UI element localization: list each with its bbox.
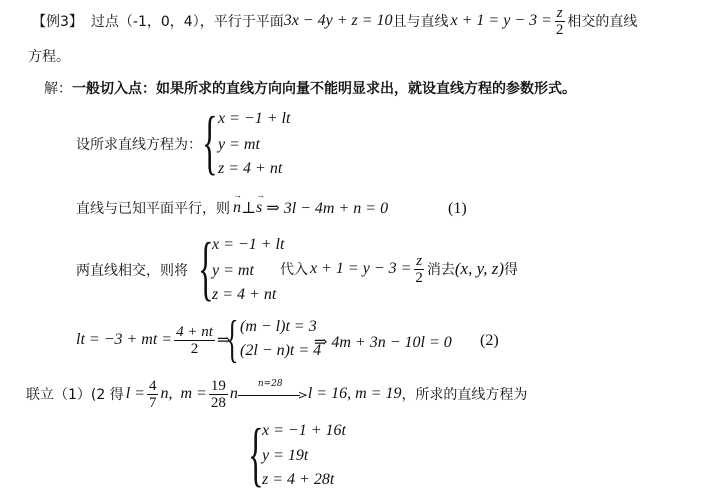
step5-line: 联立（1）(2 得 l = 4 7 n, m = 19 28 n > n=28 … (26, 374, 527, 414)
eq-number-1: (1) (448, 200, 467, 218)
step3-fraction: z 2 (413, 253, 425, 286)
final-system: { x = −1 + 16t y = 19t z = 4 + 28t (256, 420, 376, 496)
step4-left: lt = −3 + mt = (76, 331, 172, 349)
step3-eq-z: z = 4 + nt (212, 286, 276, 304)
plane-equation: 3x − 4y + z = 10 (284, 12, 393, 30)
normal-vector: n (233, 199, 241, 217)
step4-line: lt = −3 + mt = 4 + nt 2 ⇒ (76, 320, 230, 360)
step1-eq-y: y = mt (218, 136, 260, 154)
eq-number-2: (2) (480, 332, 499, 350)
example-tag: 【例3】 (32, 11, 83, 31)
step4-system: { (m − l)t = 3 (2l − n)t = 4 (234, 318, 324, 366)
solution-hint-line: 解：一般切入点：如果所求的直线方向向量不能明显求出，就设直线方程的参数形式。 (44, 78, 576, 98)
final-eq-y: y = 19t (262, 447, 308, 465)
step5-text: 联立（1）(2 得 (26, 384, 124, 404)
step3-substitute: 代入 x + 1 = y − 3 = z 2 消去 (x, y, z) 得 (280, 254, 518, 284)
problem-text-3: 相交的直线 (567, 11, 637, 31)
step3-text: 两直线相交，则将 (76, 260, 188, 280)
m-fraction: 19 28 (209, 378, 228, 411)
solution-label: 解： (44, 81, 72, 97)
direction-vector: s (256, 199, 262, 217)
step1-eq-z: z = 4 + nt (218, 160, 282, 178)
problem-text-2: 且与直线 (393, 11, 449, 31)
step1-system: { x = −1 + lt y = mt z = 4 + nt (212, 108, 332, 184)
final-eq-x: x = −1 + 16t (262, 422, 346, 440)
substitute-text: 代入 (280, 259, 308, 279)
step2-line: 直线与已知平面平行，则 n ⊥ s ⇒ 3l − 4m + n = 0 (76, 198, 388, 218)
step5-tail: ，所求的直线方程为 (401, 384, 527, 404)
step1-text: 设所求直线方程为： (76, 134, 202, 154)
problem-line-2: 方程。 (28, 46, 70, 66)
final-eq-z: z = 4 + 28t (262, 471, 334, 489)
step3-line-eq: x + 1 = y − 3 = (310, 260, 411, 278)
m-eq: m = (180, 385, 206, 403)
eliminate-text: 消去 (427, 259, 455, 279)
step4-fraction: 4 + nt 2 (174, 324, 215, 357)
step4-eq-1: (m − l)t = 3 (240, 318, 317, 336)
arrow-label: n=28 (258, 379, 283, 389)
line-equation: x + 1 = y − 3 = (451, 12, 552, 30)
step1-eq-x: x = −1 + lt (218, 110, 290, 128)
l-fraction: 4 7 (147, 378, 159, 411)
left-brace-icon: { (226, 312, 238, 368)
substitution-arrow-icon: > n=28 (238, 387, 308, 401)
solution-hint: 一般切入点：如果所求的直线方向向量不能明显求出，就设直线方程的参数形式。 (72, 81, 576, 97)
get-text: 得 (504, 259, 518, 279)
perp-symbol: ⊥ (241, 198, 256, 218)
problem-line-1: 【例3】 过点（-1，0，4），平行于平面 3x − 4y + z = 10 且… (32, 8, 637, 34)
m-suffix: n (230, 385, 238, 403)
step3-eq-y: y = mt (212, 262, 254, 280)
line-equation-fraction: z 2 (554, 5, 566, 38)
step2-result: ⇒ 3l − 4m + n = 0 (262, 198, 388, 218)
l-suffix: n, (160, 385, 172, 403)
step2-text: 直线与已知平面平行，则 (76, 198, 230, 218)
step4-eq-2: (2l − n)t = 4 (240, 342, 321, 360)
left-brace-icon: { (202, 102, 218, 182)
step4-result: ⇒ 4m + 3n − 10l = 0 (314, 332, 452, 352)
solved-values: l = 16, m = 19 (308, 385, 402, 403)
eliminated-vars: (x, y, z) (455, 259, 504, 279)
l-eq: l = (126, 385, 145, 403)
problem-text-1: 过点（-1，0，4），平行于平面 (91, 11, 284, 31)
step3-eq-x: x = −1 + lt (212, 236, 284, 254)
